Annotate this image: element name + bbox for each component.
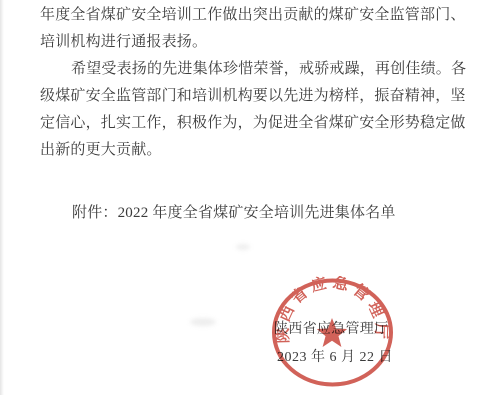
body-line: 定信心，扎实工作，积极作为，为促进全省煤矿安全形势稳定做 <box>40 110 466 137</box>
body-line: 年度全省煤矿安全培训工作做出突出贡献的煤矿安全监管部门、 <box>40 2 466 29</box>
official-seal-graphic: 陕西省应急管理厅 <box>269 276 396 389</box>
scan-smudge <box>190 318 216 326</box>
body-line: 出新的更大贡献。 <box>40 137 466 164</box>
scan-edge-shading <box>0 0 4 395</box>
body-paragraphs: 年度全省煤矿安全培训工作做出突出贡献的煤矿安全监管部门、 培训机构进行通报表扬。… <box>40 2 466 164</box>
official-seal: 陕西省应急管理厅 <box>269 276 396 389</box>
scan-smudge <box>236 244 250 250</box>
body-line: 培训机构进行通报表扬。 <box>40 29 466 56</box>
star-icon <box>317 318 347 347</box>
body-line: 希望受表扬的先进集体珍惜荣誉，戒骄戒躁，再创佳绩。各 <box>40 56 466 83</box>
body-line: 级煤矿安全监管部门和培训机构要以先进为榜样，振奋精神，坚 <box>40 83 466 110</box>
attachment-line: 附件：2022 年度全省煤矿安全培训先进集体名单 <box>72 200 396 227</box>
scanned-document-page: 年度全省煤矿安全培训工作做出突出贡献的煤矿安全监管部门、 培训机构进行通报表扬。… <box>0 0 489 395</box>
